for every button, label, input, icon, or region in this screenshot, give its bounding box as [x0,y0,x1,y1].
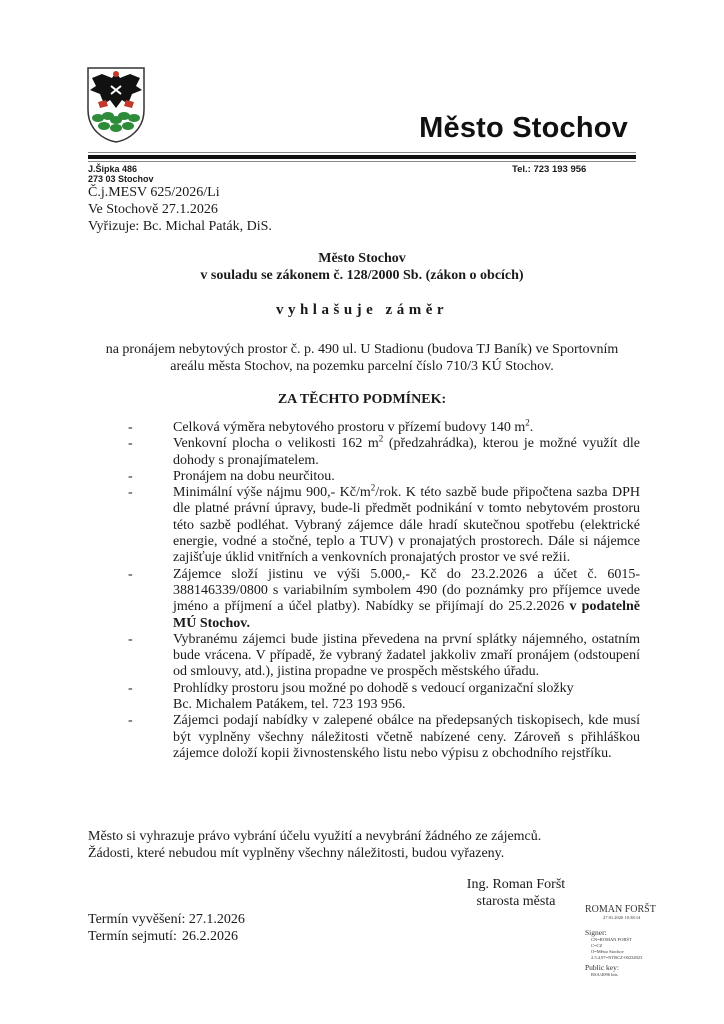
posted-date: 27.1.2026 [189,912,245,927]
signatory-role: starosta města [440,893,592,910]
condition-item: - Zájemce složí jistinu ve výši 5.000,- … [128,567,640,632]
posted-label: Termín vyvěšení: [88,912,185,927]
bullet-dash: - [128,469,133,485]
removed-date: 26.2.2026 [182,929,238,944]
condition-text: Minimální výše nájmu 900,- Kč/m [173,485,371,500]
heading-line1: Město Stochov [88,250,636,267]
bullet-dash: - [128,567,133,583]
electronic-signature: ROMAN FORŠT 27.01.2026 10:38:14 Signer: … [585,904,656,978]
handled-by: Vyřizuje: Bc. Michal Paták, DiS. [88,218,272,235]
signatory-name: Ing. Roman Foršt [440,876,592,893]
header-divider-thick [88,155,636,159]
intro-text: na pronájem nebytových prostor č. p. 490… [88,341,636,375]
esig-public-key: RSA/4096 bits [591,972,656,978]
condition-text: Zájemci podají nabídky v zalepené obálce… [173,713,640,761]
condition-text: Bc. Michalem Patákem, tel. 723 193 956. [173,697,640,713]
bullet-dash: - [128,485,133,501]
signatory: Ing. Roman Foršt starosta města [440,876,592,910]
heading: Město Stochov v souladu se zákonem č. 12… [88,250,636,284]
case-number: Č.j.MESV 625/2026/Li [88,184,272,201]
closing-line: Žádosti, které nebudou mít vyplněny všec… [88,845,541,862]
bullet-dash: - [128,436,133,452]
intro-line: na pronájem nebytových prostor č. p. 490… [88,341,636,358]
closing-line: Město si vyhrazuje právo vybrání účelu v… [88,828,541,845]
condition-text: Pronájem na dobu neurčitou. [173,469,335,484]
condition-item: - Pronájem na dobu neurčitou. [128,469,640,485]
announcement-title: vyhlašuje záměr [88,302,636,319]
condition-text: . [530,420,534,435]
place-date: Ve Stochově 27.1.2026 [88,201,272,218]
condition-text: Venkovní plocha o velikosti 162 m [173,436,379,451]
esig-signer-label: Signer: [585,928,656,937]
header-divider [88,152,636,153]
heading-line2: v souladu se zákonem č. 128/2000 Sb. (zá… [88,267,636,284]
intro-line: areálu města Stochov, na pozemku parceln… [88,358,636,375]
esig-signer-id: 2.5.4.97=NTRCZ-00234923 [591,955,656,961]
condition-text: Celková výměra nebytového prostoru v pří… [173,420,525,435]
bullet-dash: - [128,420,133,436]
organization-title: Město Stochov [419,112,628,145]
condition-item: - Venkovní plocha o velikosti 162 m2 (př… [128,436,640,469]
bullet-dash: - [128,632,133,648]
conditions-list: - Celková výměra nebytového prostoru v p… [128,420,640,762]
bullet-dash: - [128,713,133,729]
condition-text: Vybranému zájemci bude jistina převedena… [173,632,640,680]
coat-of-arms-icon [84,64,148,144]
reference-block: Č.j.MESV 625/2026/Li Ve Stochově 27.1.20… [88,184,272,235]
header-divider [88,161,636,162]
address-street: J.Šipka 486 [88,164,154,174]
closing-text: Město si vyhrazuje právo vybrání účelu v… [88,828,541,862]
bullet-dash: - [128,681,133,697]
address: J.Šipka 486 273 03 Stochov [88,164,154,184]
condition-item: - Vybranému zájemci bude jistina převede… [128,632,640,681]
condition-item: - Minimální výše nájmu 900,- Kč/m2/rok. … [128,485,640,566]
address-city: 273 03 Stochov [88,174,154,184]
removed-label: Termín sejmutí: [88,928,182,945]
condition-item: - Celková výměra nebytového prostoru v p… [128,420,640,436]
condition-text: Prohlídky prostoru jsou možné po dohodě … [173,681,640,697]
condition-item: - Prohlídky prostoru jsou možné po dohod… [128,681,640,714]
esig-timestamp: 27.01.2026 10:38:14 [603,915,656,921]
conditions-title: ZA TĚCHTO PODMÍNEK: [88,392,636,408]
condition-item: - Zájemci podají nabídky v zalepené obál… [128,713,640,762]
phone: Tel.: 723 193 956 [512,164,586,175]
esig-public-key-label: Public key: [585,963,656,972]
esig-name: ROMAN FORŠT [585,904,656,915]
posting-dates: Termín vyvěšení: 27.1.2026 Termín sejmut… [88,911,245,945]
